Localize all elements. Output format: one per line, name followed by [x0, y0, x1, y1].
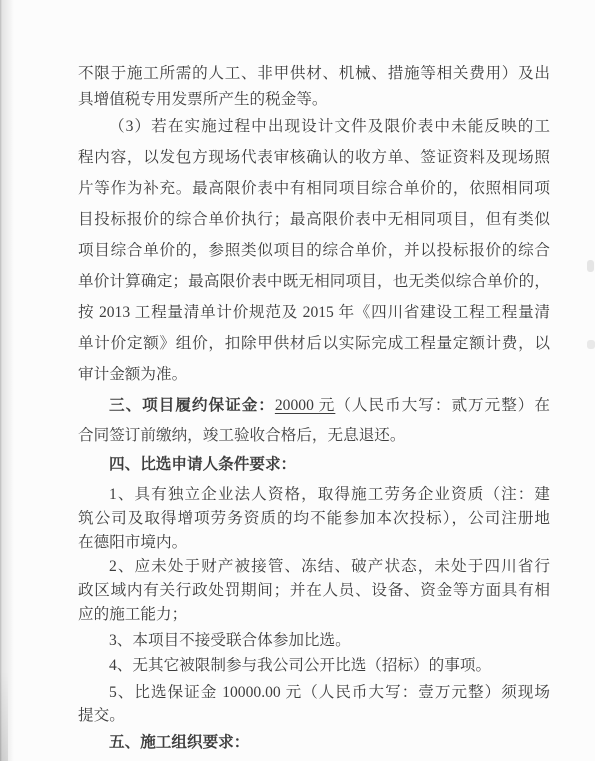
text-line: 五、施工组织要求：	[78, 731, 550, 755]
section-4-heading: 四、比选申请人条件要求：	[109, 456, 296, 473]
text-run: 不限于施工所需的人工、非甲供材、机械、措施等相关费用）及出	[78, 65, 550, 82]
text-run: 具增值税专用发票所产生的税金等。	[78, 91, 328, 108]
text-run: 提交。	[78, 707, 125, 724]
text-line: 1、具有独立企业法人资格，取得施工劳务企业资质（注：建	[78, 483, 550, 507]
text-line: 单价计算确定；最高限价表中既无相同项目，也无类似综合单价的，	[78, 266, 550, 297]
text-line: 筑公司及取得增项劳务资质的均不能参加本次投标），公司注册地	[78, 507, 550, 531]
text-line: 在德阳市境内。	[78, 531, 550, 555]
text-line: 四、比选申请人条件要求：	[78, 452, 550, 478]
text-line: 合同签订前缴纳，竣工验收合格后，无息退还。	[78, 421, 550, 451]
text-run: 审计金额为准。	[78, 366, 187, 383]
section-5-heading: 五、施工组织要求：	[109, 734, 249, 751]
text-line: 项目综合单价的，参照类似项目的综合单价，并以投标报价的综合	[78, 235, 550, 266]
paragraph-continuation: 不限于施工所需的人工、非甲供材、机械、措施等相关费用）及出具增值税专用发票所产生…	[78, 61, 550, 113]
text-line: 5、比选保证金 10000.00 元（人民币大写：壹万元整）须现场	[78, 681, 550, 704]
text-line: 三、项目履约保证金：20000 元（人民币大写：贰万元整）在	[78, 391, 550, 421]
text-run: 政区域内有关行政处罚期间；并在人员、设备、资金等方面具有相	[78, 582, 550, 599]
text-line: 具增值税专用发票所产生的税金等。	[78, 87, 550, 113]
text-run: 4、无其它被限制参与我公司公开比选（招标）的事项。	[109, 657, 491, 674]
paragraph-clause-3: （3）若在实施过程中出现设计文件及限价表中未能反映的工程内容，以发包方现场代表审…	[78, 111, 550, 390]
text-line: 按 2013 工程量清单计价规范及 2015 年《四川省建设工程工程量清	[78, 297, 550, 328]
paragraph-item-3: 3、本项目不接受联合体参加比选。	[78, 629, 550, 653]
text-line: 4、无其它被限制参与我公司公开比选（招标）的事项。	[78, 654, 550, 678]
text-run: 项目综合单价的，参照类似项目的综合单价，并以投标报价的综合	[78, 242, 550, 259]
text-line: 政区域内有关行政处罚期间；并在人员、设备、资金等方面具有相	[78, 579, 550, 603]
paragraph-performance-bond: 三、项目履约保证金：20000 元（人民币大写：贰万元整）在合同签订前缴纳，竣工…	[78, 391, 550, 451]
paragraph-item-2: 2、应未处于财产被接管、冻结、破产状态，未处于四川省行政区域内有关行政处罚期间；…	[78, 555, 550, 627]
text-run: 程内容，以发包方现场代表审核确认的收方单、签证资料及现场照	[78, 149, 550, 166]
text-run: 片等作为补充。最高限价表中有相同项目综合单价的，依照相同项	[78, 180, 550, 197]
text-run: 合同签订前缴纳，竣工验收合格后，无息退还。	[78, 427, 405, 444]
text-line: 3、本项目不接受联合体参加比选。	[78, 629, 550, 653]
text-line: 审计金额为准。	[78, 359, 550, 390]
text-run: 5、比选保证金 10000.00 元（人民币大写：壹万元整）须现场	[109, 684, 550, 701]
heading-section-5: 五、施工组织要求：	[78, 731, 550, 755]
scan-edge-shadow	[0, 0, 14, 761]
document-page: 不限于施工所需的人工、非甲供材、机械、措施等相关费用）及出具增值税专用发票所产生…	[0, 0, 595, 761]
text-run: 单计价定额》组价，扣除甲供材后以实际完成工程量定额计费，以	[78, 335, 550, 352]
text-run: 按 2013 工程量清单计价规范及 2015 年《四川省建设工程工程量清	[78, 304, 550, 321]
text-line: 2、应未处于财产被接管、冻结、破产状态，未处于四川省行	[78, 555, 550, 579]
scan-artifact	[587, 260, 594, 272]
text-run: 在德阳市境内。	[78, 534, 187, 551]
paragraph-item-1: 1、具有独立企业法人资格，取得施工劳务企业资质（注：建筑公司及取得增项劳务资质的…	[78, 483, 550, 555]
section-3-heading: 三、项目履约保证金：	[109, 397, 275, 414]
text-line: 应的施工能力；	[78, 603, 550, 627]
paragraph-item-4: 4、无其它被限制参与我公司公开比选（招标）的事项。	[78, 654, 550, 678]
scan-artifact	[587, 340, 595, 349]
text-line: 提交。	[78, 704, 550, 727]
text-line: （3）若在实施过程中出现设计文件及限价表中未能反映的工	[78, 111, 550, 142]
text-line: 单计价定额》组价，扣除甲供材后以实际完成工程量定额计费，以	[78, 328, 550, 359]
document-body: 不限于施工所需的人工、非甲供材、机械、措施等相关费用）及出具增值税专用发票所产生…	[78, 0, 550, 755]
text-run: 3、本项目不接受联合体参加比选。	[109, 632, 351, 649]
text-run: 1、具有独立企业法人资格，取得施工劳务企业资质（注：建	[109, 486, 550, 503]
text-run: 应的施工能力；	[78, 606, 187, 623]
text-line: 不限于施工所需的人工、非甲供材、机械、措施等相关费用）及出	[78, 61, 550, 87]
bond-amount: 20000 元	[275, 397, 335, 414]
paragraph-item-5: 5、比选保证金 10000.00 元（人民币大写：壹万元整）须现场提交。	[78, 681, 550, 727]
text-run: 2、应未处于财产被接管、冻结、破产状态，未处于四川省行	[109, 558, 550, 575]
text-line: 程内容，以发包方现场代表审核确认的收方单、签证资料及现场照	[78, 142, 550, 173]
text-line: 片等作为补充。最高限价表中有相同项目综合单价的，依照相同项	[78, 173, 550, 204]
text-line: 目投标报价的综合单价执行；最高限价表中无相同项目，但有类似	[78, 204, 550, 235]
heading-section-4: 四、比选申请人条件要求：	[78, 452, 550, 478]
text-run: 目投标报价的综合单价执行；最高限价表中无相同项目，但有类似	[78, 211, 550, 228]
text-run: （人民币大写：贰万元整）在	[335, 397, 550, 414]
text-run: 单价计算确定；最高限价表中既无相同项目，也无类似综合单价的，	[78, 273, 550, 290]
text-run: （3）若在实施过程中出现设计文件及限价表中未能反映的工	[109, 118, 550, 135]
text-run: 筑公司及取得增项劳务资质的均不能参加本次投标），公司注册地	[78, 510, 550, 527]
